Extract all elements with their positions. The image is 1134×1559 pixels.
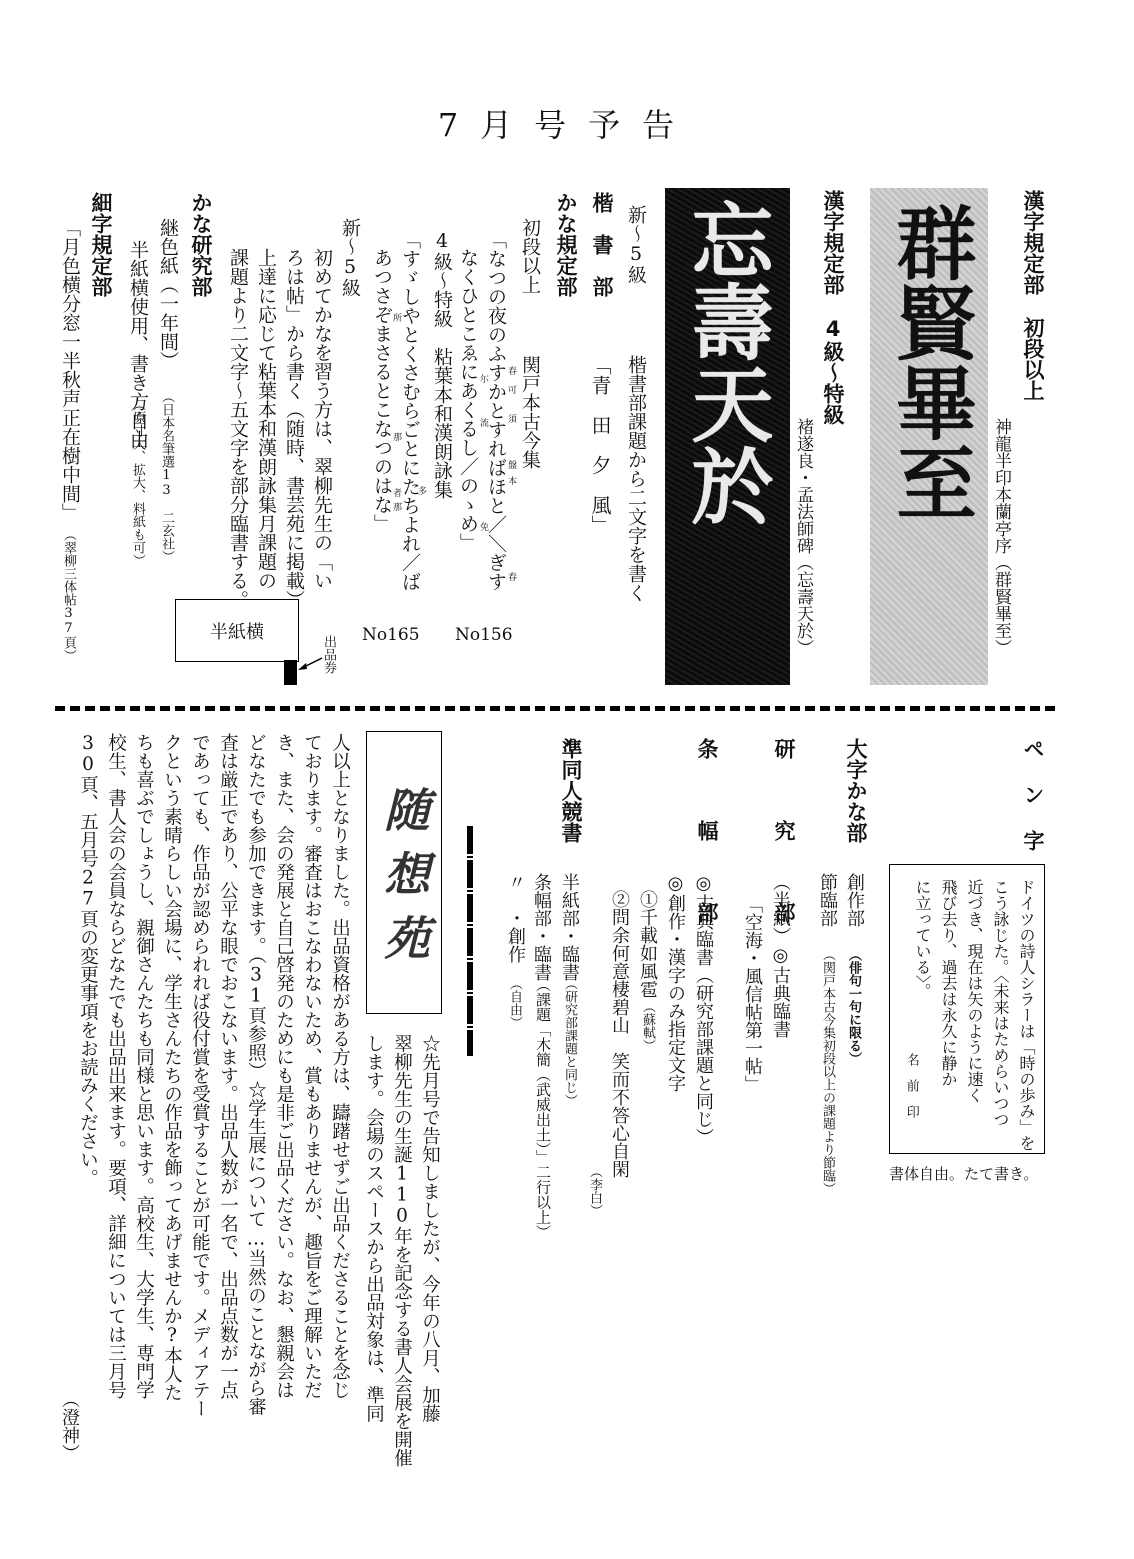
pen-caption: 書体自由。たて書き。 [889, 1163, 1038, 1184]
jofuku-item1-note: （蘇軾） [641, 1000, 654, 1052]
kana-kitei-shodan-level: 初段以上 [520, 218, 539, 294]
kaisho-heading: 楷 書 部 [591, 192, 612, 297]
kaisho-subject: 「青 田 夕 風」 [590, 355, 610, 535]
sample-number-165: No165 [362, 625, 420, 645]
daiji-kana-sosaku: 創作部 [845, 873, 863, 927]
zuisou-line: どなたでも参加できます。（31頁参照）☆学生展について…当然のことながら審 [246, 733, 265, 1416]
jofuku-line2: ◎創作・漢字のみ指定文字 [666, 873, 684, 1092]
kana-kenkyu-line1-note: （日本名筆選13 二玄社） [160, 390, 173, 563]
heading-level: 4級～特級 [821, 317, 845, 425]
jundojin-line2-note: （課題「木簡（武威出土）」二行以上） [535, 977, 550, 1240]
jofuku-item2-note: （李白） [588, 1165, 601, 1217]
daiji-kana-sosaku-note: （俳句一句に限る） [847, 948, 860, 1065]
kaisho-task: 楷書部課題から二文字を書く [626, 355, 645, 602]
saiji-kitei-note: （翠柳三体帖37頁） [62, 528, 75, 662]
zuisou-line: します。会場のスペースから出品対象は、準同 [364, 1034, 383, 1423]
jofuku-item2: ②問余何意棲碧山 笑而不答心自閑 [610, 890, 628, 1178]
jundojin-line3: 〃 ・創作 [506, 873, 524, 963]
heading-division: 漢字規定部 [1021, 190, 1045, 295]
zuisou-line: 翠柳先生の生誕110年を記念する書人会展を開催 [392, 1034, 411, 1467]
pen-sample-line: ドイツの詩人シラーは「時の歩み」を [1018, 879, 1034, 1151]
section-divider [55, 706, 1055, 711]
ruby-gloss: 盤 [508, 458, 517, 471]
pen-sample-line: に立っている〉。 [914, 879, 930, 999]
zuisou-line: 人以上となりました。出品資格がある方は、躊躇せずご出品くださることを念じ [330, 733, 349, 1399]
vertical-rule [467, 826, 473, 1056]
jundojin-line2: 条幅部・臨書 [532, 873, 550, 981]
kana-kitei-new-desc: 上達に応じて粘葉本和漢朗詠集月課題の [256, 248, 275, 590]
kaisho-level: 新～5級 [626, 205, 645, 284]
kana-kitei-poem-line1: 「なつの夜のふすかとすればほと／＼ぎす [486, 230, 505, 591]
pen-sample-line: 飛び去り、過去は永久に静か [940, 879, 956, 1087]
daiji-kana-setsurin-note: （関戸本古今集初段以上の課題より節臨） [821, 948, 834, 1195]
calligraphy-image-gunken: 群賢畢至 [870, 188, 988, 685]
jundojin-heading: 準同人競書 [560, 738, 581, 843]
name-seal-label: 名 前 印 [898, 1053, 923, 1118]
saiji-kitei-heading: 細字規定部 [90, 192, 111, 297]
kanji-kitei-shodan-heading: 漢字規定部初段以上 [1022, 190, 1043, 401]
kana-kenkyu-line2-note: （原寸大、拡大、料紙も可） [131, 398, 144, 567]
kana-kenkyu-heading: かな研究部 [190, 192, 211, 297]
kana-kitei-heading: かな規定部 [555, 192, 576, 297]
sample-number-156: No156 [455, 625, 513, 645]
ruby-gloss: 須 [508, 412, 517, 425]
ruby-gloss: 所 [393, 311, 402, 324]
kanji-kitei-shodan-source: 神龍半印本蘭亭序（群賢畢至） [992, 418, 1009, 656]
heading-division: 漢字規定部 [821, 190, 845, 295]
ruby-gloss: 那 [393, 430, 402, 443]
ruby-gloss: 春 [508, 364, 517, 377]
zuisou-line: クという素晴らしい会場に、学生さんたちの作品を飾ってあげませんか?本人た [162, 733, 181, 1402]
calligraphy-glyphs: 忘壽天於 [665, 188, 787, 526]
jundojin-line1-note: （研究部課題と同じ） [563, 977, 576, 1107]
kana-kenkyu-line1: 継色紙（一年間） [158, 218, 177, 370]
heading-level: 初段以上 [1021, 317, 1045, 401]
kanji-kitei-4kyu-heading: 漢字規定部4級～特級 [822, 190, 843, 425]
zuisou-line: 校生、書人会の会員ならどなたでも出品出来ます。要項、詳細については三月号 [106, 733, 125, 1399]
jundojin-line3-note: （自由） [508, 977, 521, 1029]
ruby-gloss: 春 [508, 570, 517, 583]
zuisou-line: 査は厳正であり、公平な眼でおこないます。出品人数が一名で、出品点数が一点 [218, 733, 237, 1399]
daiji-kana-heading: 大字かな部 [845, 738, 866, 843]
ruby-gloss: 多 [418, 484, 427, 497]
ruby-gloss: 那 [393, 500, 402, 513]
kana-kitei-kyu-poem-line2: あつさぞまさるとこなつのはな」 [372, 248, 391, 533]
page-title: 7月号予告 [0, 100, 1134, 146]
zuisou-line: 30頁、五月号27頁の変更事項をお読みください。 [78, 733, 97, 1187]
kana-kitei-kyu-poem-line1: 「すゞしやとくさむらごとにたちよれ／ば [400, 230, 419, 591]
zuisou-line: ております。審査はおこなわないため、賞もありませんが、趣旨をご理解いただ [302, 733, 321, 1399]
entry-ticket-label: 出品券 [322, 635, 335, 674]
pen-sample-box: ドイツの詩人シラーは「時の歩み」を こう詠じた。〈未来はためらいつつ 近づき、現… [889, 864, 1045, 1154]
kana-kitei-new-level: 新～5級 [340, 218, 359, 297]
zuisou-line: ちも喜ぶでしょうし、親御さんたちも同様と思います。高校生、大学生、専門学 [134, 733, 153, 1399]
zuisou-line: であっても、作品が認められれば役付賞を受賞することが可能です。メディアテー [190, 733, 209, 1418]
jofuku-line1: ◎古典臨書（研究部課題と同じ） [694, 873, 712, 1146]
kana-kitei-shodan-source: 関戸本古今集 [520, 355, 539, 469]
ruby-gloss: 者 [393, 486, 402, 499]
ruby-gloss: 尓 [480, 372, 489, 385]
saiji-kitei-text: 「月色横分窓一半秋声正在樹中間」 [60, 218, 79, 522]
zuisou-line: き、また、会の発展と自己啓発のためにも是非ご出品ください。なお、懇親会は [274, 733, 293, 1399]
entry-ticket-marker [284, 660, 297, 685]
calligraphy-glyphs: 群賢畢至 [870, 188, 990, 522]
zuisou-calligraphy-title: 随想苑 [381, 732, 427, 1013]
kenkyu-line2: 「空海・風信帖第一帖」 [743, 895, 761, 1093]
paper-orientation-diagram: 半紙横 [175, 599, 299, 662]
daiji-kana-setsurin: 節臨部 [818, 873, 836, 927]
jundojin-line1: 半紙部・臨書 [560, 873, 578, 981]
ruby-gloss: 可 [508, 383, 517, 396]
kana-kitei-poem-line2: なくひとこゑにあくるし／のゝめ」 [458, 248, 477, 552]
zuisou-title-box: 随想苑 [366, 731, 442, 1014]
kana-kitei-kyu-level: 4級～特級 粘葉本和漢朗詠集 [432, 230, 451, 499]
ruby-gloss: 免 [480, 520, 489, 533]
kana-kitei-new-desc: 課題より二文字～五文字を部分臨書する。 [228, 248, 247, 609]
pen-sample-line: 近づき、現在は矢のように速く [966, 879, 982, 1103]
pen-sample-line: こう詠じた。〈未来はためらいつつ [992, 879, 1008, 1127]
kanji-kitei-4kyu-source: 褚遂良・孟法師碑（忘壽天於） [794, 418, 811, 656]
ruby-gloss: 流 [480, 416, 489, 429]
zuisou-line: ☆先月号で告知しましたが、今年の八月、加藤 [420, 1034, 439, 1423]
ruby-gloss: 本 [508, 474, 517, 487]
calligraphy-image-bousu: 忘壽天於 [665, 188, 790, 685]
paper-label: 半紙横 [210, 618, 264, 644]
kana-kitei-new-desc: 初めてかなを習う方は、翠柳先生の「い [312, 248, 331, 590]
zuisou-signature: （澄神） [60, 1390, 78, 1462]
jofuku-item1: ①千載如風雹 [638, 890, 656, 998]
kana-kitei-new-desc: ろは帖」から書く（随時、書芸苑に掲載） [284, 248, 303, 609]
kenkyu-line1: （半紙）◎古典臨書 [771, 873, 789, 1038]
